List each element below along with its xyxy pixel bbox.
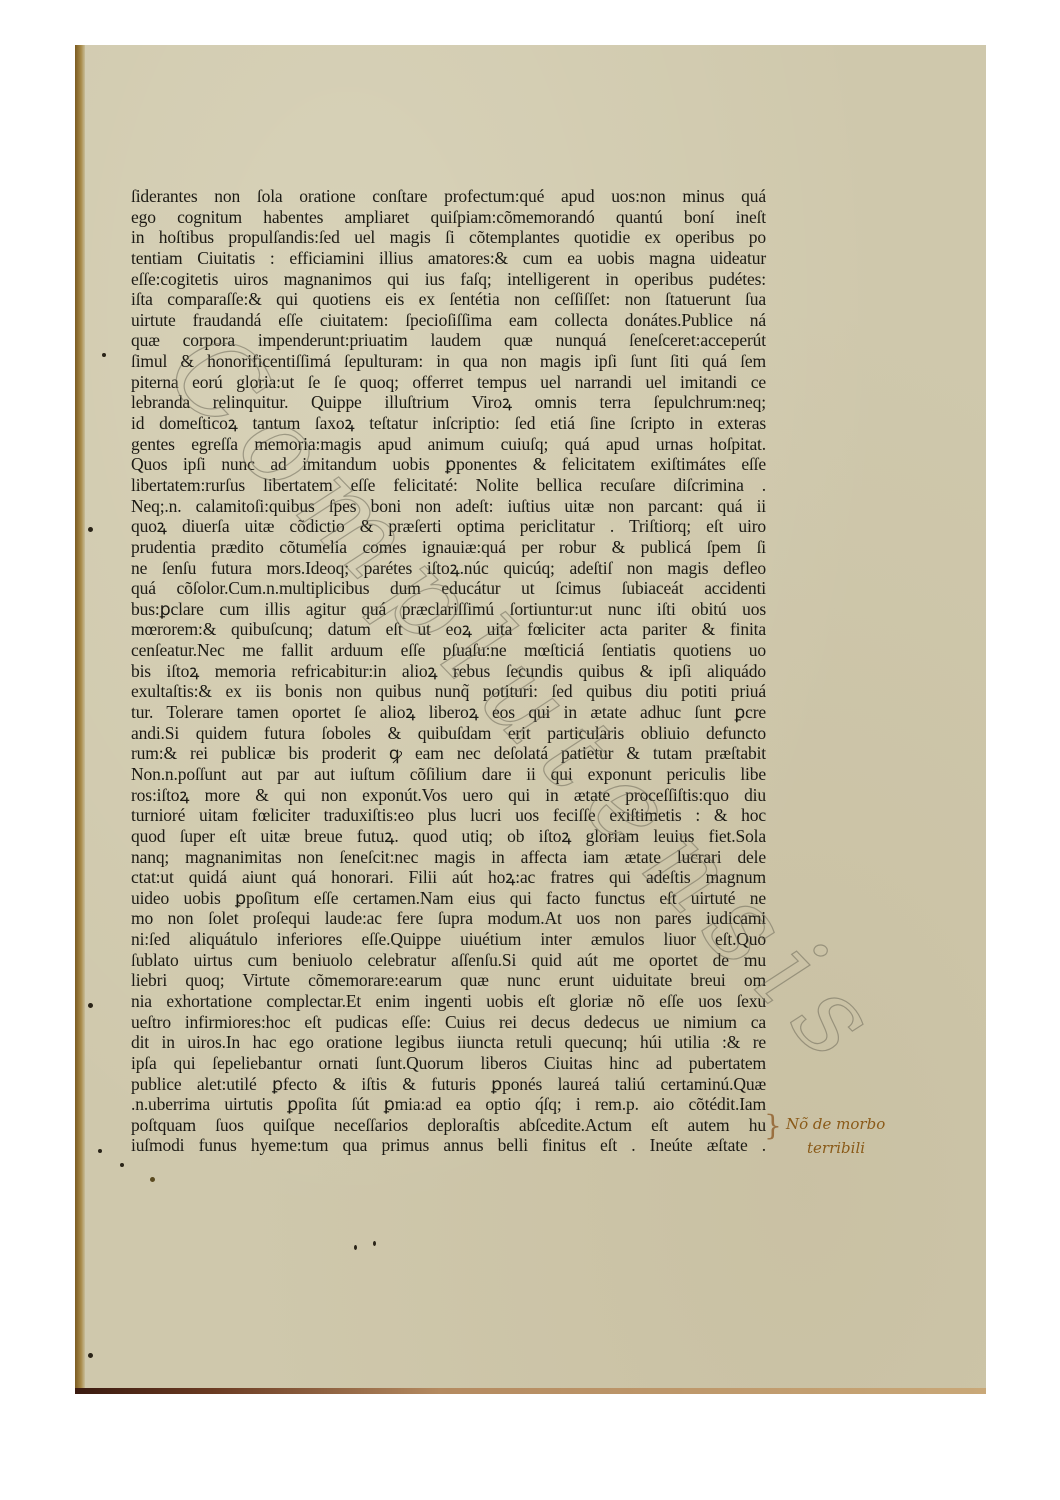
text-line: ſiderantes non ſola oratione conſtare pr… <box>131 186 766 207</box>
text-line: poſtquam ſuos quiſque neceſſarios deplor… <box>131 1115 766 1136</box>
ink-speck <box>88 527 93 532</box>
text-line: lebranda relinquitur. Quippe illuſtrium … <box>131 392 766 413</box>
text-line: uirtute fraudandá eſſe ciuitatem: ſpecio… <box>131 310 766 331</box>
text-line: id domeſticoꝝ tantum ſaxoꝝ teſtatur inſc… <box>131 413 766 434</box>
text-line: uideo uobis ꝑpoſitum eſſe certamen.Nam e… <box>131 888 766 909</box>
annotation-line-1: Nõ de morbo <box>786 1113 885 1135</box>
text-line: ipſa qui ſepeliebantur ornati ſunt.Quoru… <box>131 1053 766 1074</box>
text-line: ueſtro infirmiores:hoc eſt pudicas eſſe:… <box>131 1012 766 1033</box>
text-line: quod ſuper eſt uitæ breue futuꝝ. quod ut… <box>131 826 766 847</box>
text-line: iſta comparaſſe:& qui quotiens eis ex ſe… <box>131 289 766 310</box>
text-line: gentes egreſſa memoria:magis apud animum… <box>131 434 766 455</box>
ink-speck <box>150 1177 155 1182</box>
text-line: ſublato uirtus cum beniuolo celebratur a… <box>131 950 766 971</box>
text-line: cenſeatur.Nec me fallit arduum eſſe pſua… <box>131 640 766 661</box>
text-line: prudentia prædito cõtumelia comes ignaui… <box>131 537 766 558</box>
page-bottom-edge <box>75 1388 986 1394</box>
text-line: libertatem:rurſus libertatem eſſe felici… <box>131 475 766 496</box>
text-line: rum:& rei publicæ bis proderit ꝙ eam nec… <box>131 743 766 764</box>
ink-speck <box>88 1003 93 1008</box>
text-line: in hoſtibus propulſandis:ſed uel magis ſ… <box>131 227 766 248</box>
text-line: mœrorem:& quibuſcunq; datum eſt ut eoꝝ u… <box>131 619 766 640</box>
text-line: bis iſtoꝝ memoria refricabitur:in alioꝝ … <box>131 661 766 682</box>
text-line: tentiam Ciuitatis : efficiamini illius a… <box>131 248 766 269</box>
text-line: ego cognitum habentes ampliaret quiſpiam… <box>131 207 766 228</box>
text-line: ros:iſtoꝝ more & qui non exponút.Vos uer… <box>131 785 766 806</box>
text-line: exultaſtis:& ex iis bonis non quibus nun… <box>131 681 766 702</box>
text-line: eſſe:cogitetis uiros magnanimos qui ius … <box>131 269 766 290</box>
manuscript-page: ſiderantes non ſola oratione conſtare pr… <box>75 45 986 1394</box>
text-line: andi.Si quidem futura ſoboles & quibuſda… <box>131 723 766 744</box>
text-line: liebri quoq; Virtute cõmemorare:earum qu… <box>131 970 766 991</box>
ink-speck <box>102 353 106 357</box>
text-line: mo non ſolet proſequi laude:ac fere ſupr… <box>131 908 766 929</box>
text-line: Non.n.poſſunt aut par aut iuſtum cõſiliu… <box>131 764 766 785</box>
annotation-brace: } <box>764 1115 782 1137</box>
printed-text-block: ſiderantes non ſola oratione conſtare pr… <box>131 186 766 1156</box>
text-line: publice alet:utilé ꝑfecto & iſtis & futu… <box>131 1074 766 1095</box>
ink-speck <box>354 1245 357 1250</box>
text-line: ne ſenſu futura mors.Ideoq; parétes iſto… <box>131 558 766 579</box>
text-line: .n.uberrima uirtutis ꝑpoſita ſút ꝑmia:ad… <box>131 1094 766 1115</box>
text-line: quoꝝ diuerſa uitæ cõdictio & præſerti op… <box>131 516 766 537</box>
text-line: quæ corpora impenderunt:priuatim laudem … <box>131 330 766 351</box>
text-line: nia exhortatione complectar.Et enim inge… <box>131 991 766 1012</box>
text-line: ſimul & honorificentiſſimá ſepulturam: i… <box>131 351 766 372</box>
text-line: turnioré uitam fœliciter traduxiſtis:eo … <box>131 805 766 826</box>
binding-spine <box>75 45 85 1394</box>
text-line: iuſmodi funus hyeme:tum qua primus annus… <box>131 1135 766 1156</box>
text-line: bus:ꝑclare cum illis agitur quá præclari… <box>131 599 766 620</box>
text-line: quá cõſolor.Cum.n.multiplicibus dum educ… <box>131 578 766 599</box>
annotation-line-2: terribili <box>807 1137 865 1159</box>
ink-speck <box>120 1163 124 1167</box>
ink-speck <box>88 1353 93 1358</box>
text-line: dit in uiros.In hac ego oratione legibus… <box>131 1032 766 1053</box>
text-line: ni:ſed aliquátulo inferiores eſſe.Quippe… <box>131 929 766 950</box>
text-line: ctat:ut quidá aiunt quá honorari. Filii … <box>131 867 766 888</box>
text-line: nanq; magnanimitas non ſeneſcit:nec magi… <box>131 847 766 868</box>
ink-speck <box>98 1149 102 1153</box>
text-line: tur. Tolerare tamen oportet ſe alioꝝ lib… <box>131 702 766 723</box>
text-line: Neq;.n. calamitoſi:quibus ſpes boni non … <box>131 496 766 517</box>
ink-speck <box>373 1241 376 1246</box>
text-line: Quos ipſi nunc ad imitandum uobis ꝑponen… <box>131 454 766 475</box>
text-line: piterna eorú gloria:ut ſe ſe quoq; offer… <box>131 372 766 393</box>
